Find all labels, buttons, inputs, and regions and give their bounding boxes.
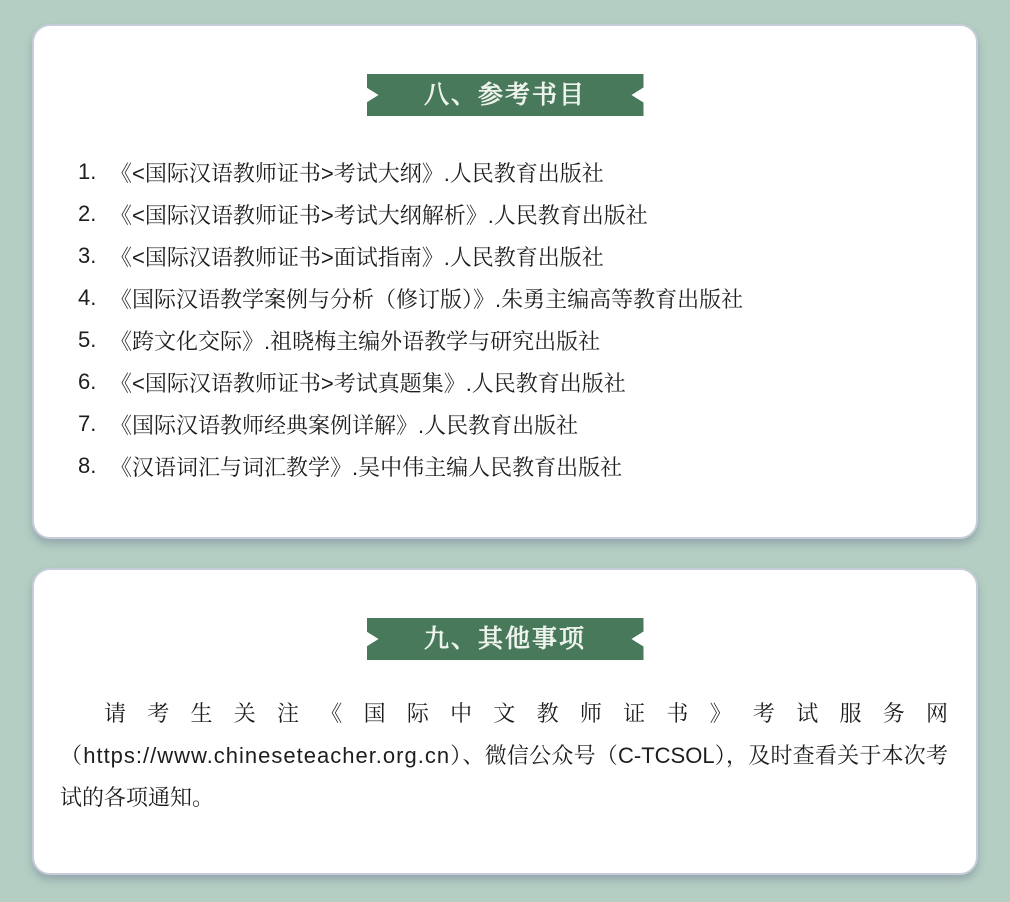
book-item-text: 《跨文化交际》.祖晓梅主编外语教学与研究出版社	[110, 325, 600, 356]
book-item-number: 8.	[78, 453, 100, 479]
book-item-text: 《国际汉语教师经典案例详解》.人民教育出版社	[110, 409, 578, 440]
book-item: 3. 《<国际汉语教师证书>面试指南》.人民教育出版社	[78, 235, 936, 277]
book-item-number: 7.	[78, 411, 100, 437]
book-item-text: 《<国际汉语教师证书>面试指南》.人民教育出版社	[110, 241, 604, 272]
book-item-number: 2.	[78, 201, 100, 227]
book-item: 1. 《<国际汉语教师证书>考试大纲》.人民教育出版社	[78, 151, 936, 193]
book-item: 7. 《国际汉语教师经典案例详解》.人民教育出版社	[78, 403, 936, 445]
book-item-text: 《<国际汉语教师证书>考试大纲》.人民教育出版社	[110, 157, 604, 188]
book-item-text: 《国际汉语教学案例与分析（修订版）》.朱勇主编高等教育出版社	[110, 283, 743, 314]
page-background: 八、参考书目 1. 《<国际汉语教师证书>考试大纲》.人民教育出版社 2. 《<…	[0, 0, 1010, 902]
book-item-number: 4.	[78, 285, 100, 311]
book-item: 4. 《国际汉语教学案例与分析（修订版）》.朱勇主编高等教育出版社	[78, 277, 936, 319]
other-matters-section-title: 九、其他事项	[424, 627, 586, 652]
book-list: 1. 《<国际汉语教师证书>考试大纲》.人民教育出版社 2. 《<国际汉语教师证…	[78, 151, 936, 487]
other-matters-card: 九、其他事项 请考生关注《国际中文教师证书》考试服务网（https://www.…	[32, 568, 978, 875]
book-item-text: 《汉语词汇与词汇教学》.吴中伟主编人民教育出版社	[110, 451, 622, 482]
reference-books-banner-ribbon: 八、参考书目	[367, 74, 644, 116]
book-item: 5. 《跨文化交际》.祖晓梅主编外语教学与研究出版社	[78, 319, 936, 361]
book-item-text: 《<国际汉语教师证书>考试大纲解析》.人民教育出版社	[110, 199, 648, 230]
notice-intro-text: 请考生关注《国际中文教师证书》考试服务网	[104, 701, 948, 726]
other-matters-banner-ribbon: 九、其他事项	[367, 618, 644, 660]
book-item: 8. 《汉语词汇与词汇教学》.吴中伟主编人民教育出版社	[78, 445, 936, 487]
book-item-number: 6.	[78, 369, 100, 395]
book-item-text: 《<国际汉语教师证书>考试真题集》.人民教育出版社	[110, 367, 626, 398]
notice-paragraph: 请考生关注《国际中文教师证书》考试服务网（https://www.chinese…	[60, 693, 948, 819]
exam-service-url: （https://www.chineseteacher.org.cn）	[60, 743, 463, 768]
book-item-number: 1.	[78, 159, 100, 185]
book-item-number: 5.	[78, 327, 100, 353]
book-item: 6. 《<国际汉语教师证书>考试真题集》.人民教育出版社	[78, 361, 936, 403]
book-item: 2. 《<国际汉语教师证书>考试大纲解析》.人民教育出版社	[78, 193, 936, 235]
book-item-number: 3.	[78, 243, 100, 269]
reference-books-section-title: 八、参考书目	[424, 83, 586, 108]
reference-books-card: 八、参考书目 1. 《<国际汉语教师证书>考试大纲》.人民教育出版社 2. 《<…	[32, 24, 978, 539]
